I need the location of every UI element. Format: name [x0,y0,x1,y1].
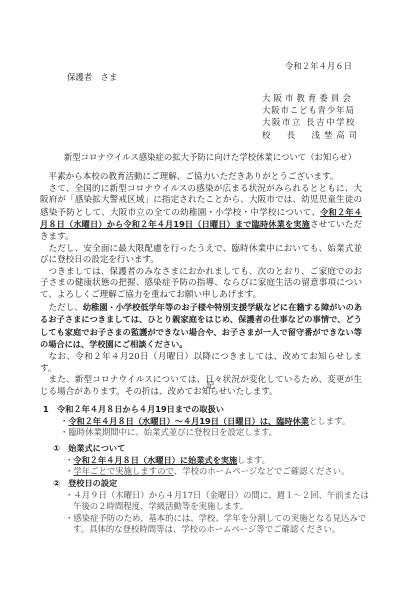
paragraph: 平素から本校の教育活動にご理解、ご協力いただきありがとうございます。 [40,172,362,184]
bullet-item: ・４月９日（木曜日）から４月17日（金曜日）の間に、週１～２回、午前または午後の… [53,490,373,513]
emphasis-text: 令和２年４月８日（水曜日）～４月19日（日曜日）は、臨時休業 [68,416,309,426]
bullet-text: とします。 [309,416,350,426]
bullet-text: 臨時休業期間中に、始業式並びに登校日を設定します。 [68,427,277,437]
paragraph: さて、全国的に新型コロナウイルスの感染が広まる状況がみられるとともに、大阪府が「… [40,184,362,244]
section-number: 1 [43,404,57,416]
paragraph: なお、令和２年４月20日（月曜日）以降につきましては、改めてお知らせします。 [40,352,362,375]
sender-line: 校 長 浅埜高司 [262,129,361,141]
paragraph: ただし、安全面に最大限配慮を行ったうえで、臨時休業中においても、始業式並びに登校… [40,244,362,267]
bullet-text: 、学校のホームページなどでご確認ください。 [174,466,350,476]
recipient: 保護者 さま [67,71,117,83]
section-1: 1令和２年４月８日から４月19日までの取扱い ・令和２年４月８日（水曜日）～４月… [43,404,350,439]
bullet-item: ・学年ごとで実施しますので、学校のホームページなどでご確認ください。 [53,466,349,478]
emphasis-text: 令和２年４月８日（水曜日）に始業式を実施 [73,455,237,465]
paragraph-text: さて、全国的に新型コロナウイルスの感染が広まる状況がみられるとともに、大阪府が「… [40,184,362,218]
bullet-item: ・感染症予防のため、基本的には、学校、学年を分割しての実施となる見込みです。具体… [53,513,373,536]
section-title: 令和２年４月８日から４月19日までの取扱い [57,404,224,414]
bullet-item: ・令和２年４月８日（水曜日）～４月19日（日曜日）は、臨時休業とします。 [43,416,350,428]
section-heading: 1令和２年４月８日から４月19日までの取扱い [43,404,350,416]
paragraph-text: ただし、 [49,303,83,313]
sender-block: 大阪市教育委員会 大阪市こども青少年局 大阪市立 長吉中学校 校 長 浅埜高司 [262,92,361,141]
sender-line: 大阪市教育委員会 [262,92,361,104]
emphasis-text: 幼稚園・小学校低学年等のお子様や特別支援学級などに在籍する障がいのあるお子さまに… [40,302,362,350]
underlined-text: 学年ごとで実施しますので [73,466,173,476]
subsection-heading: ② 登校日の設定 [53,478,373,490]
subsection-school-days: ② 登校日の設定 ・４月９日（木曜日）から４月17日（金曜日）の間に、週１～２回… [53,478,373,536]
document-title: 新型コロナウイルス感染症の拡大予防に向けた学校休業について（お知らせ） [0,151,420,163]
bullet-text: ４月９日（木曜日）から４月17日（金曜日）の間に、週１～２回、午前または午後の２… [73,490,369,512]
bullet-text: します。 [237,455,270,465]
paragraph: つきましては、保護者のみなさまにおかれましても、次のとおり、ご家庭でのお子さまの… [40,267,362,302]
bullet-item: ・令和２年４月８日（水曜日）に始業式を実施します。 [53,455,349,467]
sender-line: 大阪市立 長吉中学校 [262,116,361,128]
bullet-item: ・臨時休業期間中に、始業式並びに登校日を設定します。 [43,427,350,439]
subsection-heading: ① 始業式について [53,443,349,455]
ki-heading: 記 [0,379,420,391]
subsection-opening-ceremony: ① 始業式について ・令和２年４月８日（水曜日）に始業式を実施します。 ・学年ご… [53,443,349,478]
document-body: 平素から本校の教育活動にご理解、ご協力いただきありがとうございます。 さて、全国… [40,172,362,398]
sender-line: 大阪市こども青少年局 [262,104,361,116]
bullet-text: 感染症予防のため、基本的には、学校、学年を分割しての実施となる見込みです。具体的… [73,513,366,535]
document-date: 令和２年４月６日 [285,60,352,72]
paragraph: ただし、幼稚園・小学校低学年等のお子様や特別支援学級などに在籍する障がいのあるお… [40,302,362,352]
